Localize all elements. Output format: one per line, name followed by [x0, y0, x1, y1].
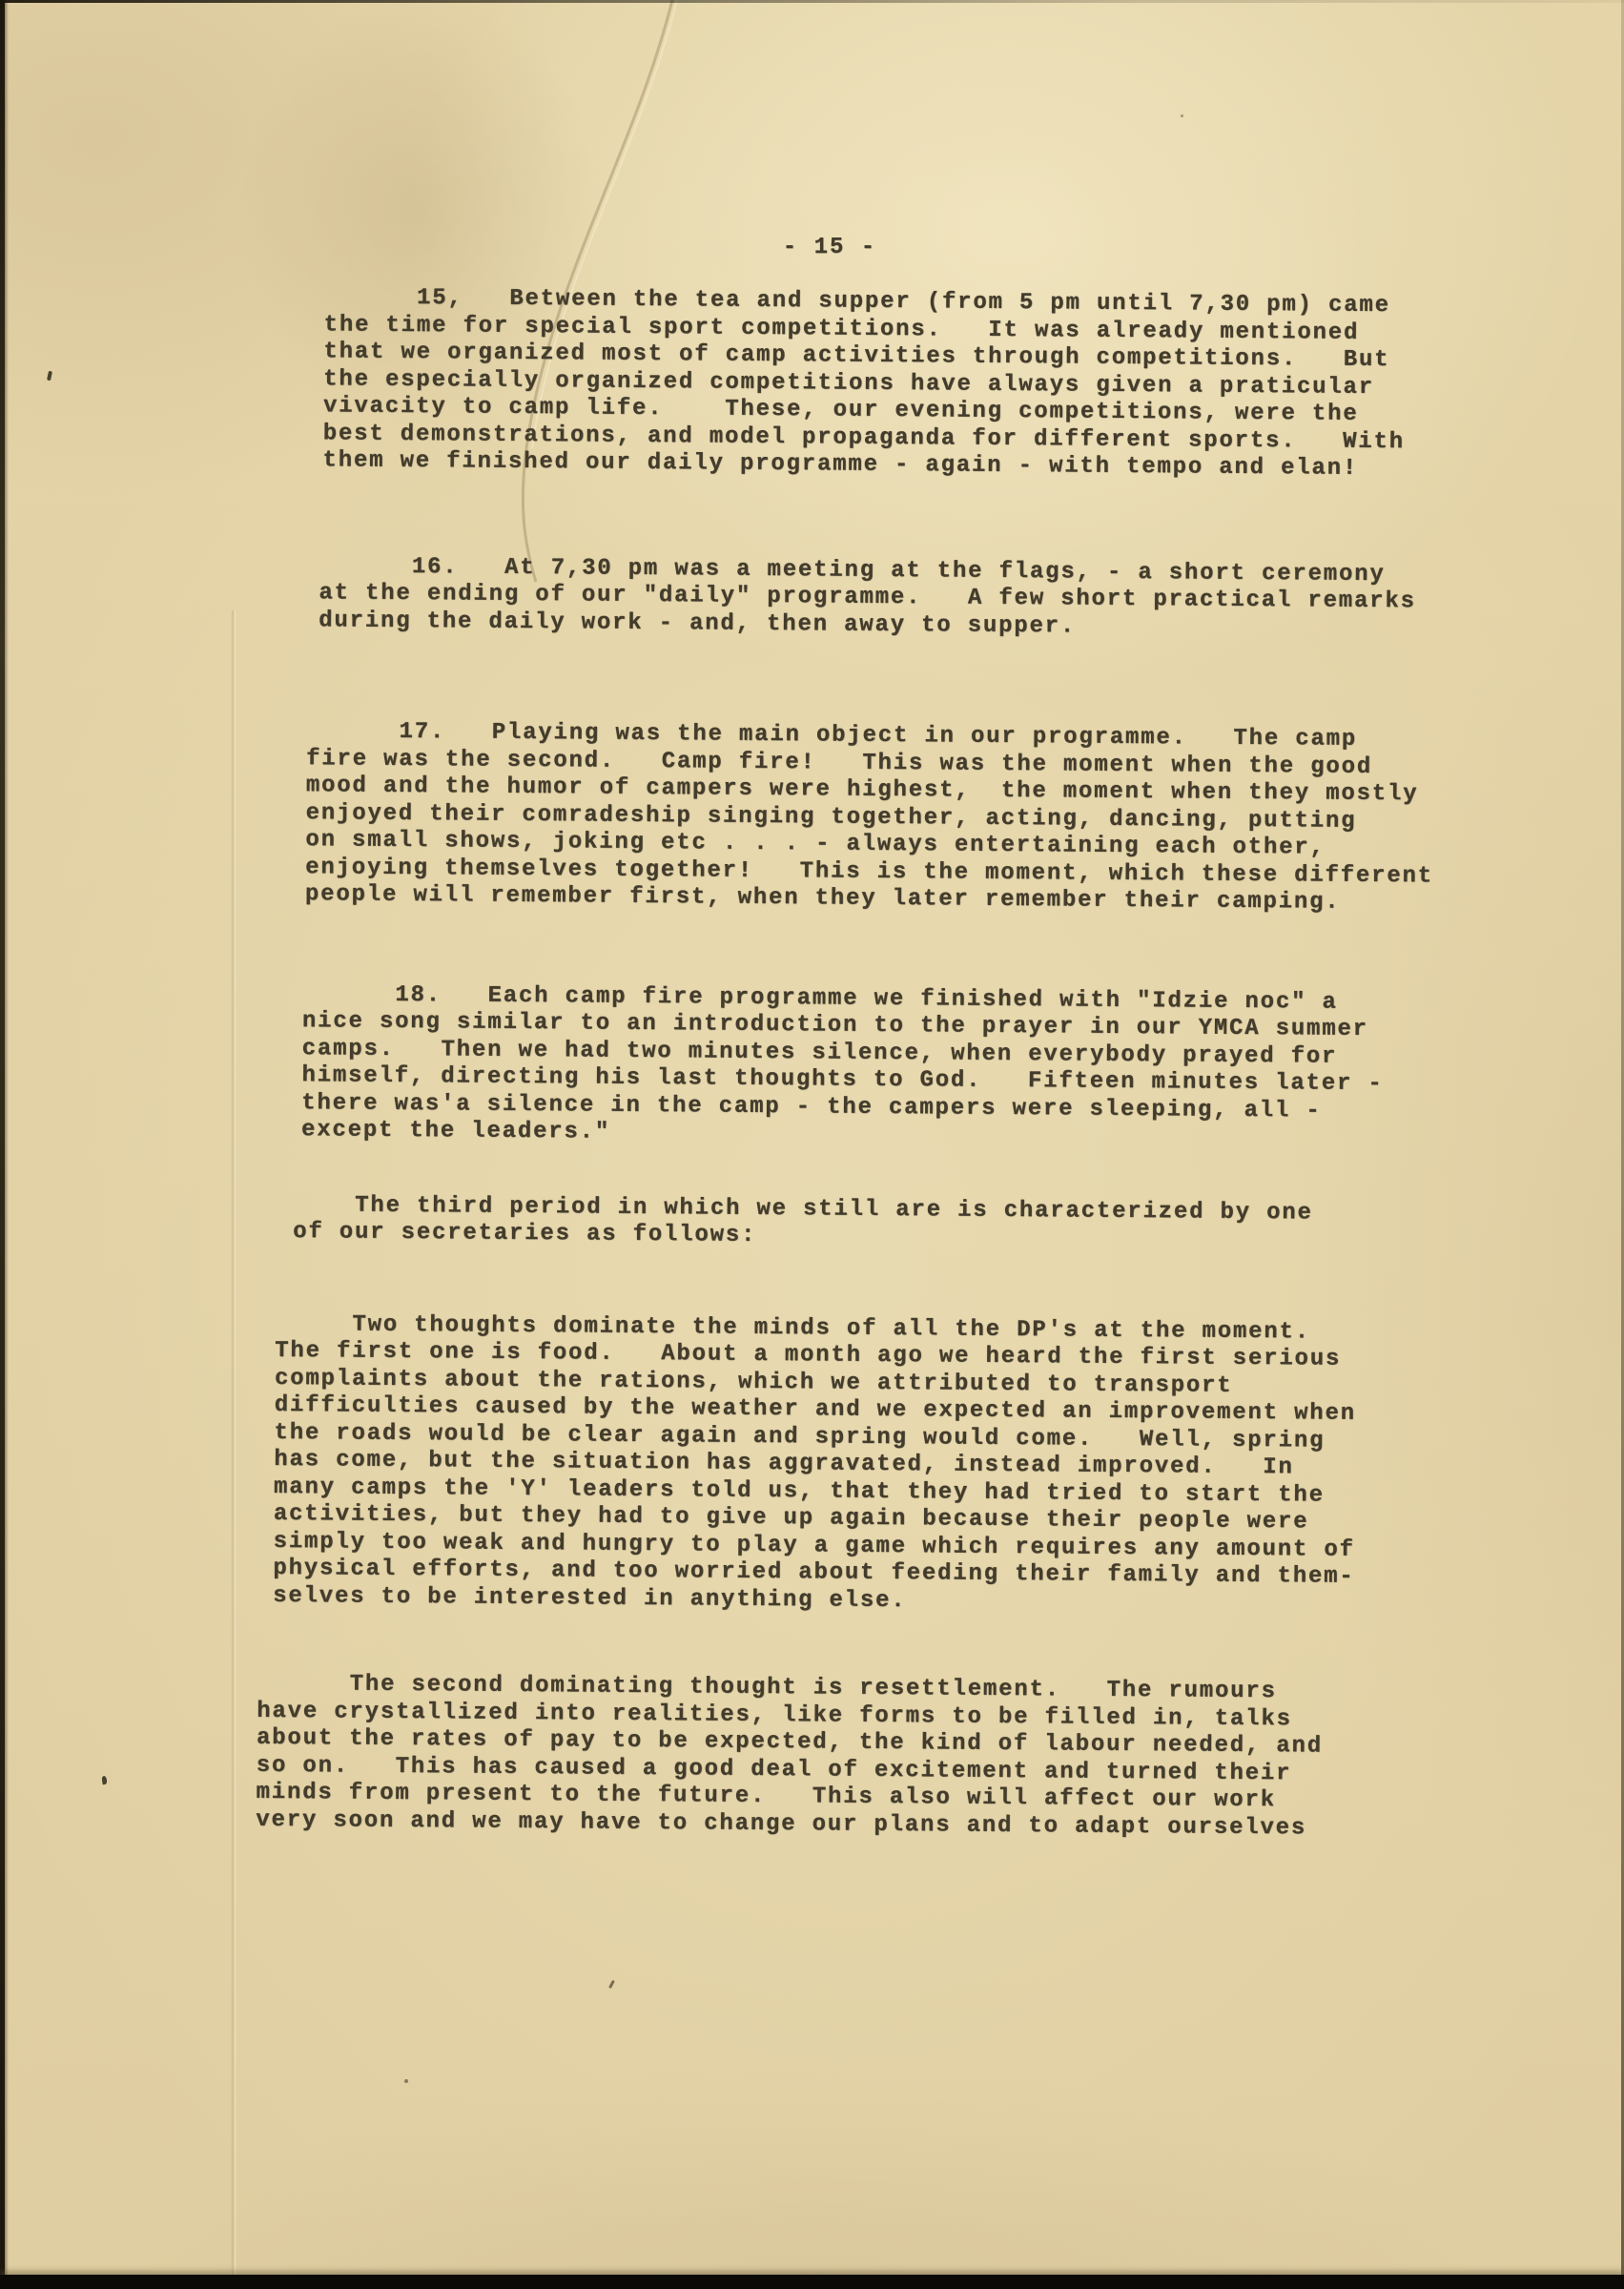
paragraph-two-thoughts: Two thoughts dominate the minds of all t…: [273, 1310, 1474, 1619]
scan-edge-left-fade: [5, 0, 9, 2289]
paragraph-15: 15, Between the tea and supper (from 5 p…: [322, 284, 1483, 484]
paper-speck: [608, 1980, 615, 1989]
paper-speck: [47, 371, 52, 381]
paragraph-second-thought: The second dominating thought is resettl…: [256, 1671, 1471, 1844]
text-block: 15, Between the tea and supper (from 5 p…: [269, 284, 1483, 1844]
scan-edge-top: [0, 0, 1624, 3]
paper-speck: [101, 1776, 107, 1785]
paper-crease-vertical: [231, 610, 236, 2275]
paragraph-third-period: The third period in which we still are i…: [293, 1192, 1475, 1256]
paragraph-18: 18. Each camp fire programme we finished…: [301, 981, 1477, 1154]
page-number: - 15 -: [0, 235, 1624, 260]
scan-edge-bottom: [0, 2275, 1624, 2289]
paper-speck: [404, 2079, 408, 2083]
paragraph-17: 17. Playing was the main object in our p…: [305, 718, 1480, 918]
paper-speck: [1181, 114, 1183, 117]
scanned-document-page: - 15 - 15, Between the tea and supper (f…: [0, 0, 1624, 2289]
paragraph-16: 16. At 7,30 pm was a meeting at the flag…: [319, 553, 1481, 644]
scan-edge-left: [0, 0, 5, 2289]
